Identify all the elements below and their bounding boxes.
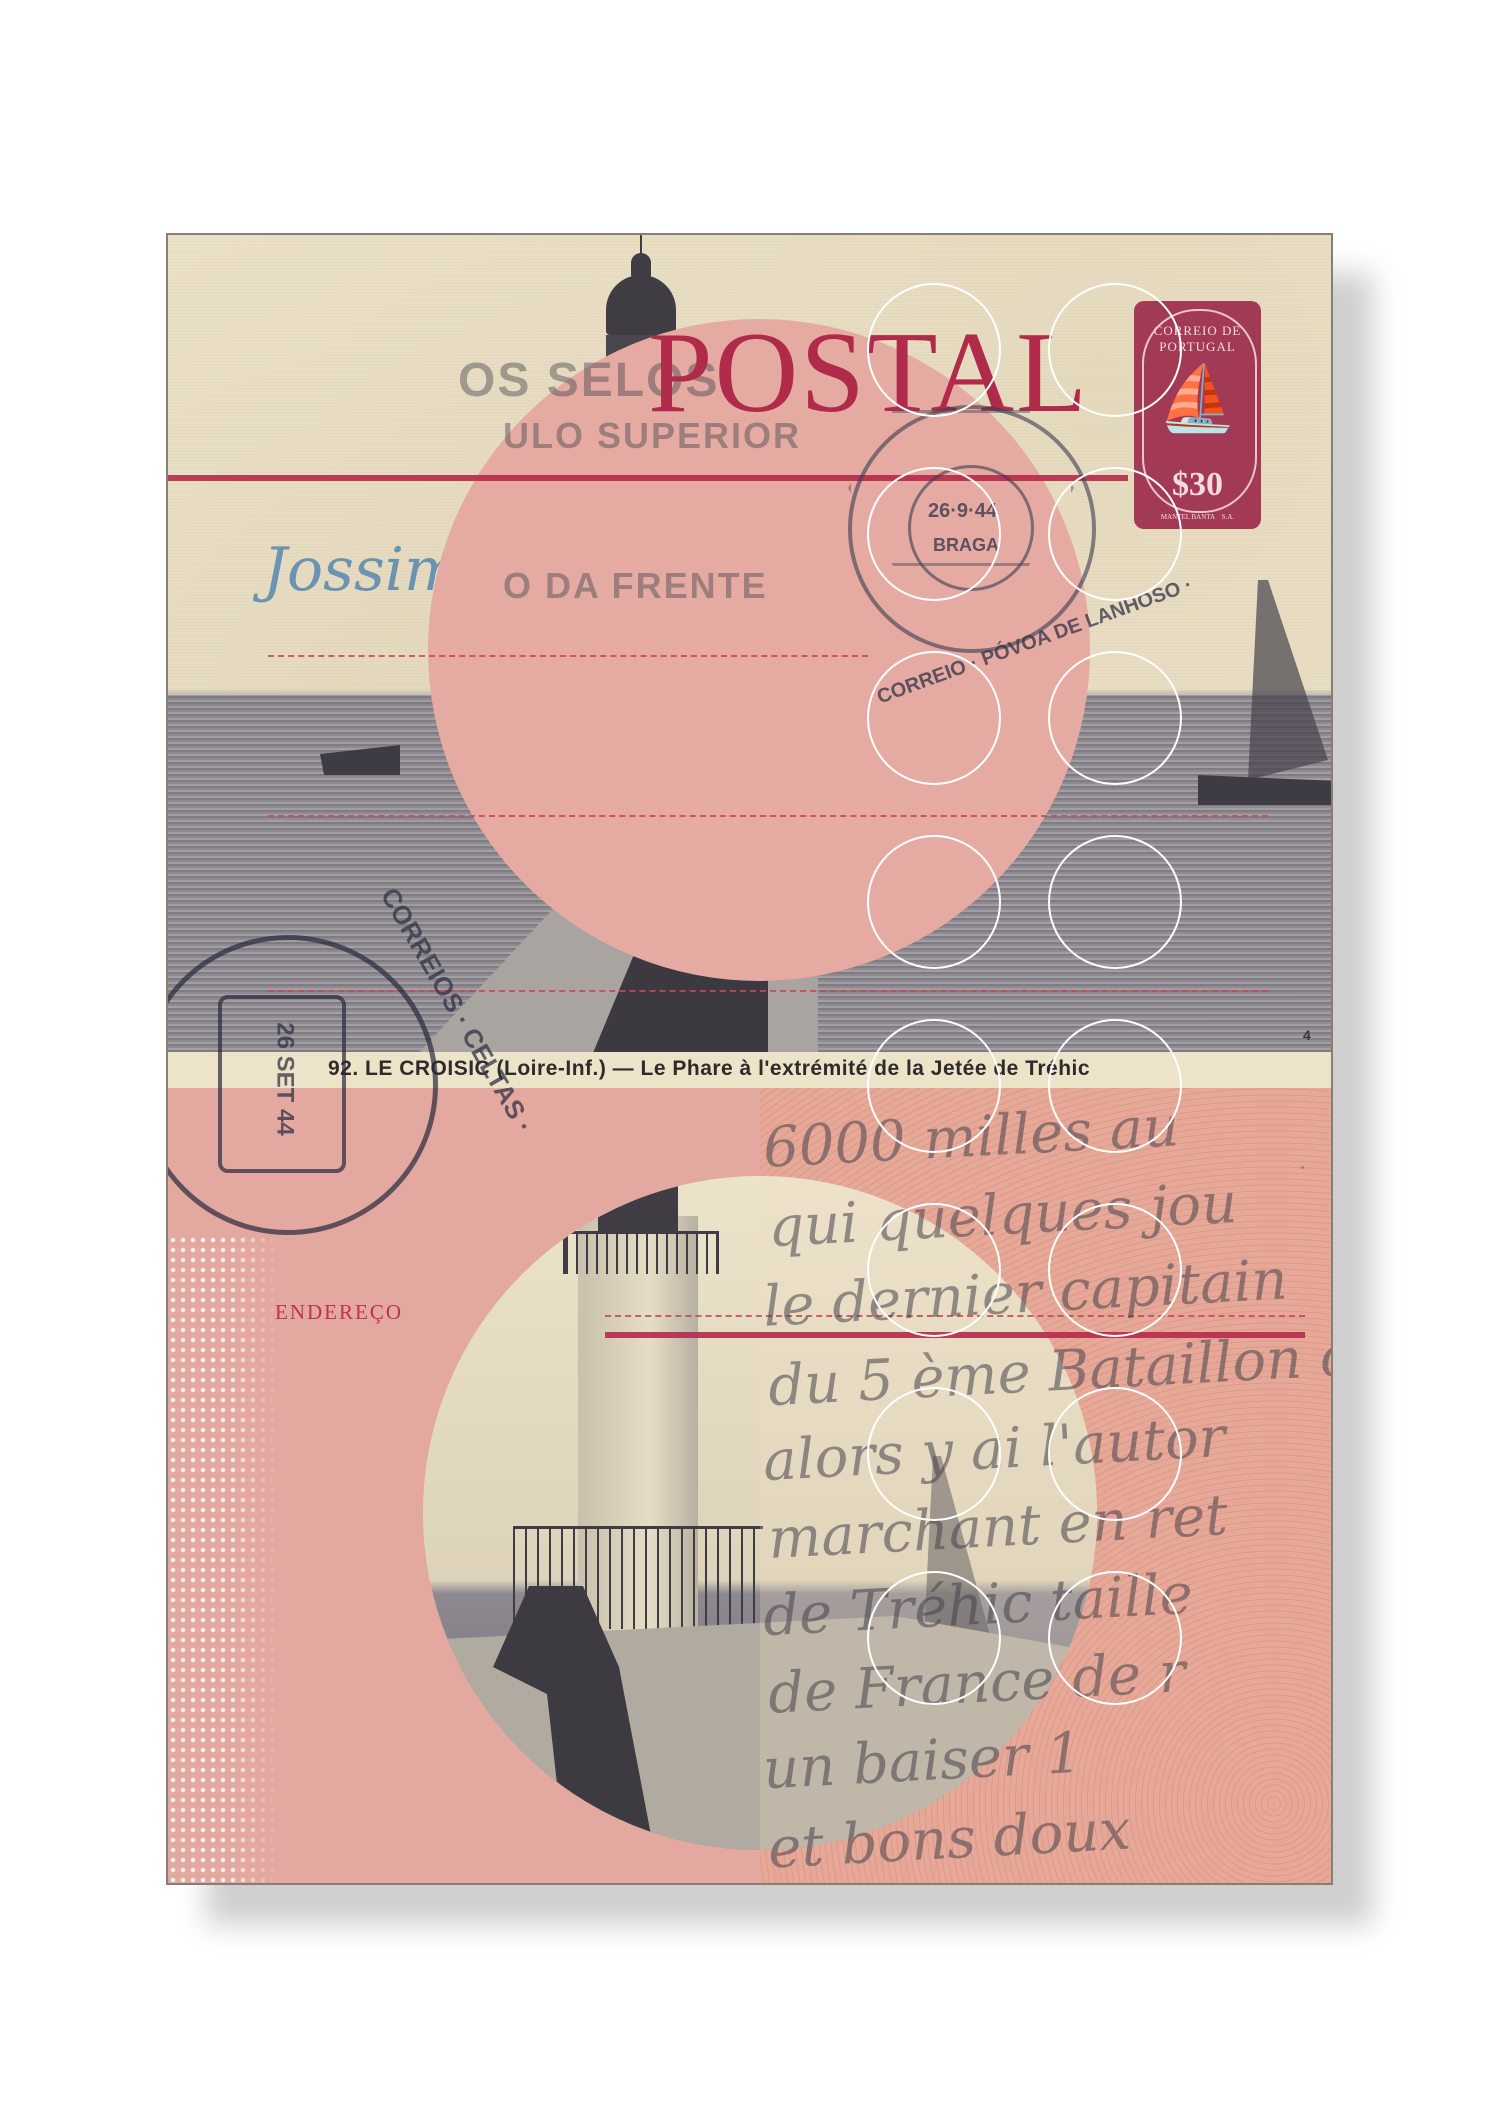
dashed-rule-2 <box>268 815 1268 817</box>
stamp-printer-right: S.A. <box>1222 513 1234 521</box>
outline-circle <box>1048 467 1182 601</box>
dashed-rule-1 <box>268 655 868 657</box>
lighthouse-cupola <box>631 253 651 277</box>
ghost-text-frente: O DA FRENTE <box>503 565 768 607</box>
outline-circle <box>1048 835 1182 969</box>
outline-circle <box>867 651 1001 785</box>
outline-circle <box>867 835 1001 969</box>
outline-circle <box>867 1571 1001 1705</box>
outline-circle <box>867 1203 1001 1337</box>
plate-number: 4 <box>1303 1027 1311 1043</box>
outline-circle <box>867 1387 1001 1521</box>
lighthouse-weathervane <box>640 235 642 255</box>
photo-lighthouse-cupola <box>598 1176 678 1231</box>
postmark-bottom-date: 26 SET 44 <box>271 1022 299 1135</box>
halftone-dots <box>168 1235 278 1883</box>
dashed-rule-3 <box>268 990 1268 992</box>
postcard-collage: Jossimmi S.A. OS SELOS ULO SUPERIOR O DA… <box>166 233 1333 1885</box>
address-label: ENDEREÇO <box>275 1300 403 1325</box>
outline-circle <box>867 1019 1001 1153</box>
outline-circle <box>1048 1019 1182 1153</box>
photo-lighthouse-gallery <box>563 1231 719 1274</box>
outline-circle <box>1048 1387 1182 1521</box>
outline-circle <box>867 467 1001 601</box>
outline-circle <box>1048 283 1182 417</box>
outline-circle <box>1048 651 1182 785</box>
outline-circle <box>867 283 1001 417</box>
outline-circle <box>1048 1571 1182 1705</box>
outline-circle <box>1048 1203 1182 1337</box>
